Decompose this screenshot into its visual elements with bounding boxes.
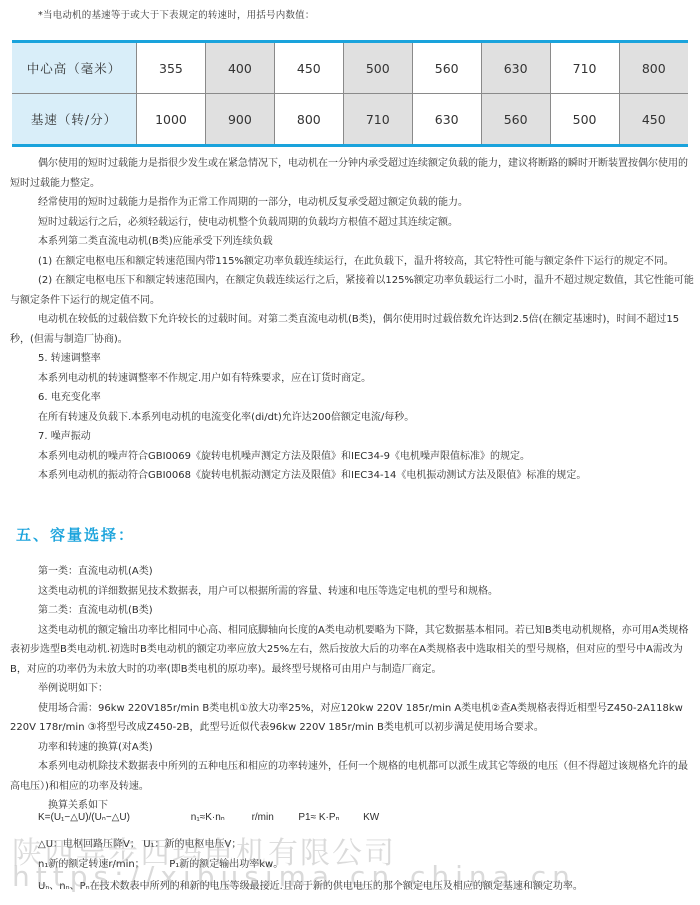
paragraph-vibration: 本系列电动机的振动符合GBI0068《旋转电机振动测定方法及限值》和IEC34-… bbox=[10, 466, 695, 486]
paragraph-power-speed-conversion: 本系列电动机除技术数据表中所列的五种电压和相应的功率转速外，任何一个规格的电机都… bbox=[10, 757, 695, 796]
table-cell: 560 bbox=[412, 42, 481, 94]
paragraph-noise: 本系列电动机的噪声符合GBI0069《旋转电机噪声测定方法及限值》和IEC34-… bbox=[10, 447, 695, 467]
overload-section: 偶尔使用的短时过载能力是指很少发生或在紧急情况下，电动机在一分钟内承受超过连续额… bbox=[10, 154, 695, 486]
paragraph-class-b: 这类电动机的额定输出功率比相同中心高、相同底脚轴向长度的A类电动机要略为下降，其… bbox=[10, 621, 695, 680]
paragraph-class-a: 这类电动机的详细数据见技术数据表，用户可以根据所需的容量、转速和电压等选定电机的… bbox=[10, 582, 695, 602]
formula-p-unit: KW bbox=[363, 812, 379, 823]
definitions-line-2: n₁新的额定转速r/min； P₁新的额定输出功率kw。 bbox=[38, 855, 283, 870]
table-cell: 800 bbox=[619, 42, 688, 94]
table-cell: 710 bbox=[550, 42, 619, 94]
heading-example: 举例说明如下： bbox=[10, 679, 695, 699]
heading-speed-regulation: 5. 转速调整率 bbox=[10, 349, 695, 369]
table-footnote: *当电动机的基速等于或大于下表规定的转速时，用括号内数值： bbox=[38, 7, 315, 21]
paragraph-b-class-loads: 本系列第二类直流电动机(B类)应能承受下列连续负载 bbox=[10, 232, 695, 252]
row-header-center-height: 中心高（毫米） bbox=[12, 42, 137, 94]
formula-n: n₁≈K·nₙ bbox=[191, 812, 249, 823]
paragraph-overload-time: 电动机在较低的过载倍数下允许较长的过载时间。对第二类直流电动机(B类)，偶尔使用… bbox=[10, 310, 695, 349]
formula-p: P1≈ K·Pₙ bbox=[298, 812, 360, 823]
section-title-capacity-selection: 五、容量选择： bbox=[16, 524, 135, 545]
heading-noise-vibration: 7. 噪声振动 bbox=[10, 427, 695, 447]
table-cell: 400 bbox=[205, 42, 274, 94]
heading-power-speed-conversion: 功率和转速的换算(对A类) bbox=[10, 738, 695, 758]
paragraph-current-change-rate: 在所有转速及负载下.本系列电动机的电流变化率(di/dt)允许达200倍额定电流… bbox=[10, 408, 695, 428]
center-height-speed-table: 中心高（毫米） 355 400 450 500 560 630 710 800 … bbox=[12, 40, 688, 147]
capacity-section: 第一类：直流电动机(A类) 这类电动机的详细数据见技术数据表，用户可以根据所需的… bbox=[10, 562, 695, 816]
definitions-line-1: △U：电枢回路压降V； U₁：新的电枢电压V； bbox=[38, 835, 241, 850]
paragraph-light-load: 短时过载运行之后，必须轻载运行，使电动机整个负载周期的负载均方根值不超过其连续定… bbox=[10, 213, 695, 233]
table-cell: 500 bbox=[343, 42, 412, 94]
paragraph-occasional-overload: 偶尔使用的短时过载能力是指很少发生或在紧急情况下，电动机在一分钟内承受超过连续额… bbox=[10, 154, 695, 193]
table-cell: 1000 bbox=[137, 94, 206, 146]
table-cell: 450 bbox=[619, 94, 688, 146]
table-cell: 560 bbox=[481, 94, 550, 146]
table-cell: 500 bbox=[550, 94, 619, 146]
paragraph-load-2: (2) 在额定电枢电压下和额定转速范围内，在额定负载连续运行之后，紧接着以125… bbox=[10, 271, 695, 310]
table-cell: 710 bbox=[343, 94, 412, 146]
heading-class-b: 第二类：直流电动机(B类) bbox=[10, 601, 695, 621]
definition-p1: P₁新的额定输出功率kw。 bbox=[169, 855, 283, 870]
definition-delta-u: △U：电枢回路压降V； bbox=[38, 835, 140, 850]
paragraph-load-1: (1) 在额定电枢电压和额定转速范围内带115%额定功率负载连续运行，在此负载下… bbox=[10, 252, 695, 272]
formula-k: K=(U₁−△U)/(Uₙ−△U) bbox=[38, 812, 188, 823]
paragraph-example: 使用场合需：96kw 220V185r/min B类电机①放大功率25%，对应1… bbox=[10, 699, 695, 738]
paragraph-speed-regulation: 本系列电动机的转速调整率不作规定.用户如有特殊要求，应在订货时商定。 bbox=[10, 369, 695, 389]
definition-u1: U₁：新的电枢电压V； bbox=[143, 835, 241, 850]
heading-class-a: 第一类：直流电动机(A类) bbox=[10, 562, 695, 582]
table-cell: 630 bbox=[481, 42, 550, 94]
table-row: 基速（转/分） 1000 900 800 710 630 560 500 450 bbox=[12, 94, 688, 146]
heading-current-change-rate: 6. 电充变化率 bbox=[10, 388, 695, 408]
row-header-base-speed: 基速（转/分） bbox=[12, 94, 137, 146]
table-cell: 800 bbox=[274, 94, 343, 146]
table-cell: 630 bbox=[412, 94, 481, 146]
formula-n-unit: r/min bbox=[252, 812, 296, 823]
table-cell: 450 bbox=[274, 42, 343, 94]
table-cell: 355 bbox=[137, 42, 206, 94]
definition-n1: n₁新的额定转速r/min； bbox=[38, 855, 166, 870]
table-row: 中心高（毫米） 355 400 450 500 560 630 710 800 bbox=[12, 42, 688, 94]
table-cell: 900 bbox=[205, 94, 274, 146]
conversion-formula: K=(U₁−△U)/(Uₙ−△U) n₁≈K·nₙ r/min P1≈ K·Pₙ… bbox=[38, 812, 379, 823]
paragraph-frequent-overload: 经常使用的短时过载能力是指作为正常工作周期的一部分，电动机反复承受超过额定负载的… bbox=[10, 193, 695, 213]
definition-rated-values: Uₙ、nₙ、Pₙ在技术数表中所列的和新的电压等级最接近.且高于新的供电电压的那个… bbox=[38, 877, 688, 892]
